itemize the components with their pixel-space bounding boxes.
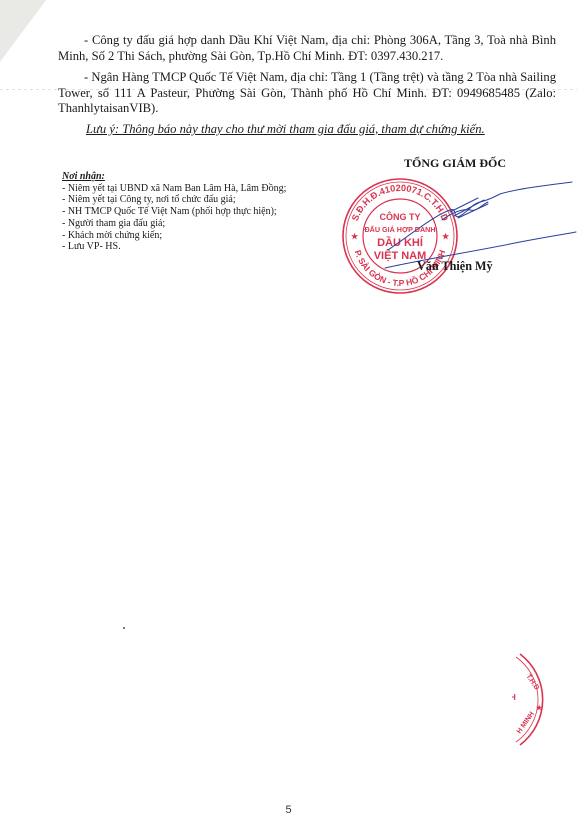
svg-text:★: ★ (351, 232, 359, 241)
scan-speck (123, 627, 125, 629)
recipients-block: Nơi nhận: - Niêm yết tại UBND xã Nam Ban… (62, 171, 286, 253)
signer-name: Văn Thiện Mỹ (417, 259, 493, 274)
recipient-item: - Niêm yết tại Công ty, nơi tổ chức đấu … (62, 194, 286, 206)
paragraph-auction-company: - Công ty đấu giá hợp danh Dầu Khí Việt … (58, 33, 556, 64)
note: Lưu ý: Thông báo này thay cho thư mời th… (86, 122, 485, 137)
recipients-title: Nơi nhận: (62, 171, 286, 183)
page-number: 5 (0, 804, 577, 816)
recipient-item: - Lưu VP- HS. (62, 241, 286, 253)
svg-text:H: H (512, 693, 516, 702)
paragraph-bank: - Ngân Hàng TMCP Quốc Tế Việt Nam, địa c… (58, 70, 556, 117)
recipient-item: - NH TMCP Quốc Tế Việt Nam (phối hợp thự… (62, 206, 286, 218)
signer-title: TỔNG GIÁM ĐỐC (404, 156, 506, 171)
page-fold-corner (0, 0, 46, 62)
partial-stamp-icon: T.H.D ★ H MINH H (512, 652, 577, 747)
recipient-item: - Khách mời chứng kiến; (62, 230, 286, 242)
recipients-list: - Niêm yết tại UBND xã Nam Ban Lâm Hà, L… (62, 183, 286, 253)
recipient-item: - Người tham gia đấu giá; (62, 218, 286, 230)
svg-text:★: ★ (536, 704, 543, 712)
recipient-item: - Niêm yết tại UBND xã Nam Ban Lâm Hà, L… (62, 183, 286, 195)
